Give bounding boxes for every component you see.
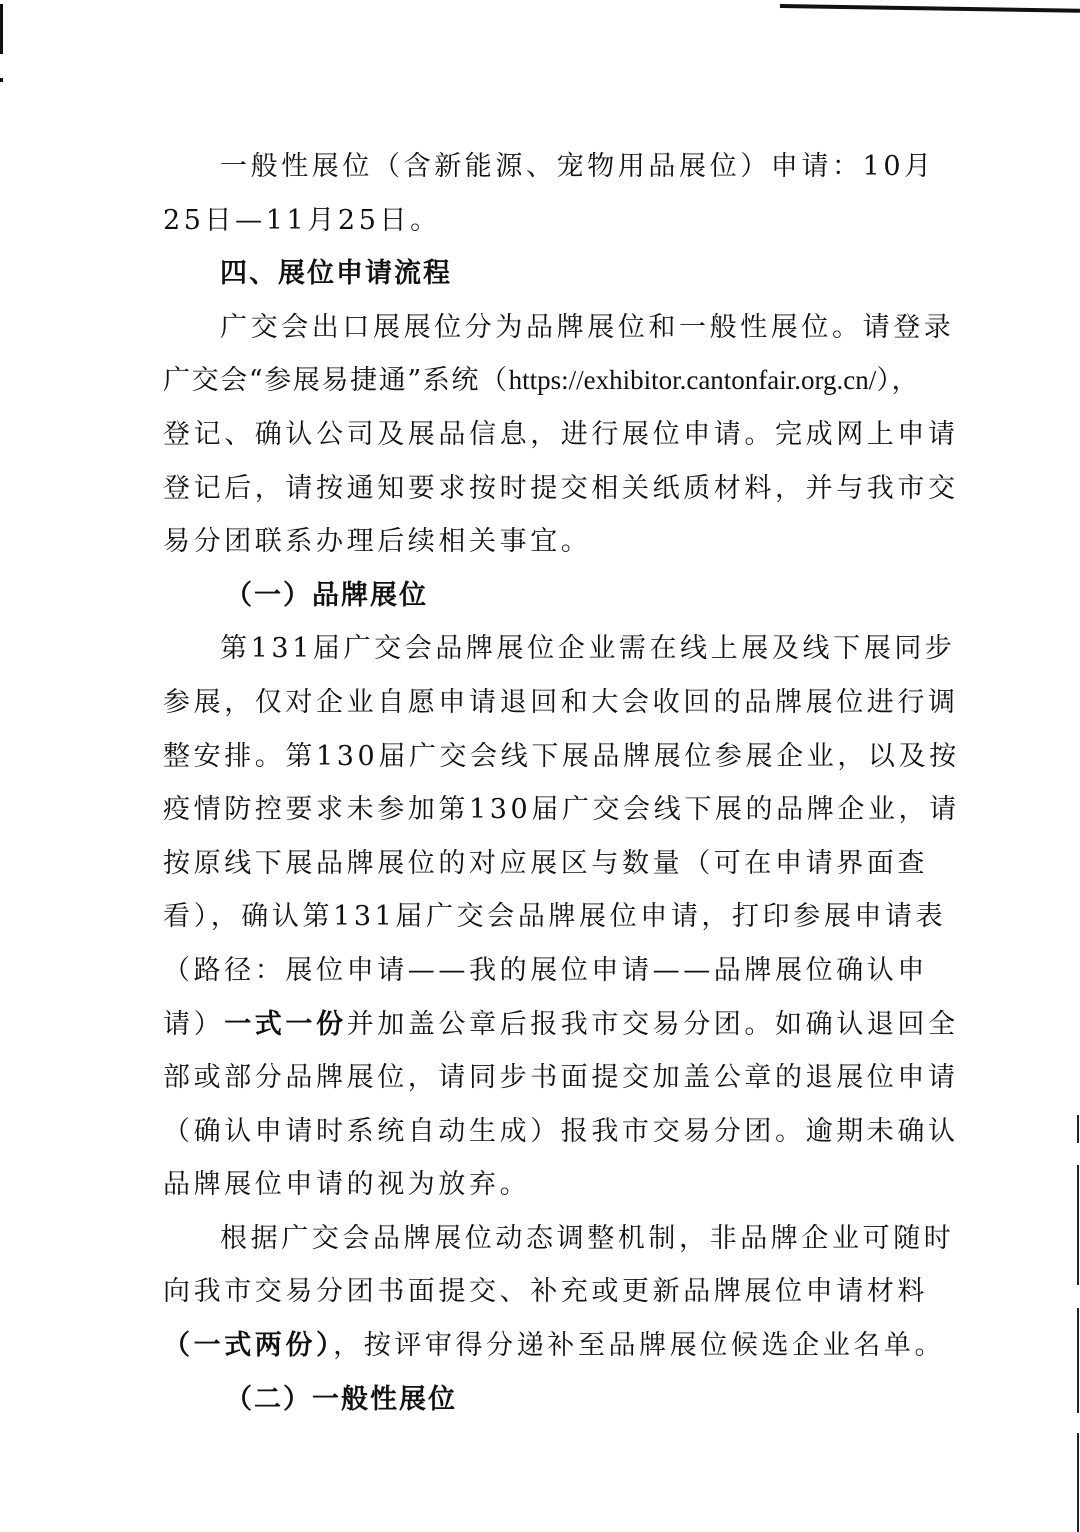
text-line: 易分团联系办理后续相关事宜。	[163, 515, 920, 569]
text-line: 向我市交易分团书面提交、补充或更新品牌展位申请材料	[163, 1265, 920, 1319]
text-fragment: ，按评审得分递补至品牌展位候选企业名单。	[333, 1330, 945, 1361]
text-line: 疫情防控要求未参加第130届广交会线下展的品牌企业，请	[163, 783, 920, 837]
scan-edge-dot-left	[0, 78, 3, 82]
text-line: （路径：展位申请——我的展位申请——品牌展位确认申	[163, 944, 920, 998]
bold-phrase: （一式两份）	[163, 1330, 333, 1361]
text-fragment: ），	[876, 365, 920, 396]
text-line: 请）一式一份并加盖公章后报我市交易分团。如确认退回全	[163, 998, 920, 1052]
text-fragment: 广交会“参展易捷通”系统（	[163, 365, 509, 396]
text-line: 部或部分品牌展位，请同步书面提交加盖公章的退展位申请	[163, 1051, 920, 1105]
subsection-heading: （二）一般性展位	[163, 1373, 920, 1427]
scan-edge-mark-right	[1077, 1308, 1079, 1413]
text-fragment: 并加盖公章后报我市交易分团。如确认退回全	[347, 1009, 959, 1040]
system-url-link[interactable]: https://exhibitor.cantonfair.org.cn/	[509, 365, 877, 395]
text-line: 第131届广交会品牌展位企业需在线上展及线下展同步	[163, 622, 920, 676]
bold-phrase: 一式一份	[224, 1009, 346, 1040]
scan-edge-mark-right	[1077, 1115, 1079, 1143]
text-line: 一般性展位（含新能源、宠物用品展位）申请：10月	[163, 140, 920, 194]
text-line: 整安排。第130届广交会线下展品牌展位参展企业，以及按	[163, 730, 920, 784]
text-line: 25日—11月25日。	[163, 194, 920, 248]
text-line: 看），确认第131届广交会品牌展位申请，打印参展申请表	[163, 890, 920, 944]
text-line: 根据广交会品牌展位动态调整机制，非品牌企业可随时	[163, 1212, 920, 1266]
scan-edge-mark-right	[1077, 1433, 1079, 1532]
text-fragment: 请）	[163, 1009, 224, 1040]
text-line: 参展，仅对企业自愿申请退回和大会收回的品牌展位进行调	[163, 676, 920, 730]
text-line: 广交会出口展展位分为品牌展位和一般性展位。请登录	[163, 301, 920, 355]
scan-edge-mark-left	[0, 4, 3, 54]
text-line: 按原线下展品牌展位的对应展区与数量（可在申请界面查	[163, 837, 920, 891]
paragraph-process-intro: 广交会出口展展位分为品牌展位和一般性展位。请登录 广交会“参展易捷通”系统（ht…	[163, 301, 920, 569]
text-line: （确认申请时系统自动生成）报我市交易分团。逾期未确认	[163, 1105, 920, 1159]
scan-edge-line-top	[780, 4, 1080, 13]
paragraph-brand-booth: 第131届广交会品牌展位企业需在线上展及线下展同步 参展，仅对企业自愿申请退回和…	[163, 622, 920, 1212]
document-page: 一般性展位（含新能源、宠物用品展位）申请：10月 25日—11月25日。 四、展…	[163, 140, 920, 1426]
text-line: 品牌展位申请的视为放弃。	[163, 1158, 920, 1212]
text-line: 登记、确认公司及展品信息，进行展位申请。完成网上申请	[163, 408, 920, 462]
text-line: 广交会“参展易捷通”系统（https://exhibitor.cantonfai…	[163, 354, 920, 408]
text-line: （一式两份），按评审得分递补至品牌展位候选企业名单。	[163, 1319, 920, 1373]
paragraph-dynamic-adjustment: 根据广交会品牌展位动态调整机制，非品牌企业可随时 向我市交易分团书面提交、补充或…	[163, 1212, 920, 1373]
subsection-heading: （一）品牌展位	[163, 569, 920, 623]
text-line: 登记后，请按通知要求按时提交相关纸质材料，并与我市交	[163, 462, 920, 516]
section-heading: 四、展位申请流程	[163, 247, 920, 301]
paragraph-general-booth-dates: 一般性展位（含新能源、宠物用品展位）申请：10月 25日—11月25日。	[163, 140, 920, 247]
scan-edge-mark-right	[1077, 1165, 1079, 1285]
